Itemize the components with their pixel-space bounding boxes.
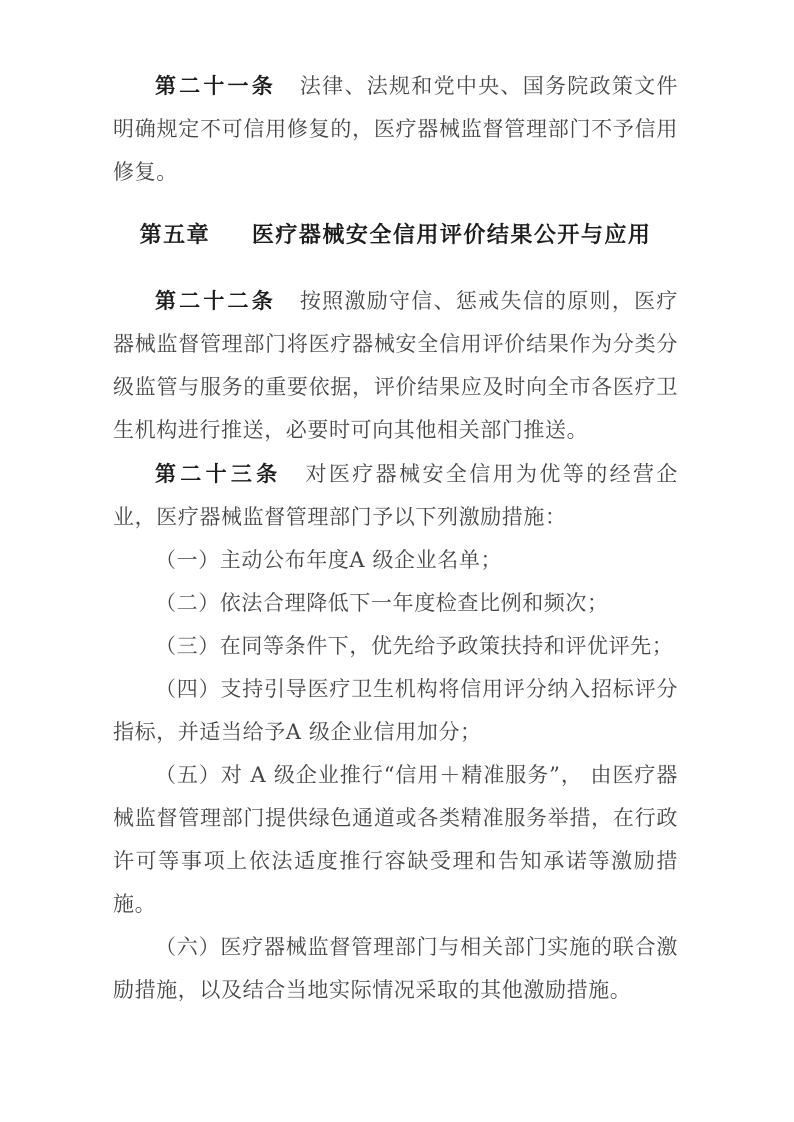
- incentive-item-2: （二）依法合理降低下一年度检查比例和频次；: [113, 582, 678, 625]
- article-21-number: 第二十一条: [155, 73, 276, 98]
- article-21-paragraph: 第二十一条法律、法规和党中央、国务院政策文件明确规定不可信用修复的，医疗器械监督…: [113, 64, 678, 194]
- incentive-item-6: （六）医疗器械监督管理部门与相关部门实施的联合激励措施，以及结合当地实际情况采取…: [113, 926, 678, 1012]
- incentive-item-1: （一）主动公布年度A 级企业名单；: [113, 539, 678, 582]
- article-23-paragraph: 第二十三条对医疗器械安全信用为优等的经营企业，医疗器械监督管理部门予以下列激励措…: [113, 452, 678, 539]
- article-22-number: 第二十二条: [155, 288, 276, 313]
- incentive-item-4: （四）支持引导医疗卫生机构将信用评分纳入招标评分指标，并适当给予A 级企业信用加…: [113, 668, 678, 754]
- incentive-item-3: （三）在同等条件下，优先给予政策扶持和评优评先；: [113, 625, 678, 668]
- article-22-paragraph: 第二十二条按照激励守信、惩戒失信的原则，医疗器械监督管理部门将医疗器械安全信用评…: [113, 279, 678, 452]
- chapter-heading: 第五章医疗器械安全信用评价结果公开与应用: [113, 214, 678, 257]
- chapter-title: 医疗器械安全信用评价结果公开与应用: [252, 222, 652, 248]
- article-23-number: 第二十三条: [155, 461, 281, 486]
- document-page: 第二十一条法律、法规和党中央、国务院政策文件明确规定不可信用修复的，医疗器械监督…: [0, 0, 794, 1122]
- incentive-item-5: （五）对 A 级企业推行“信用＋精准服务”， 由医疗器械监督管理部门提供绿色通道…: [113, 754, 678, 926]
- chapter-number: 第五章: [140, 222, 211, 248]
